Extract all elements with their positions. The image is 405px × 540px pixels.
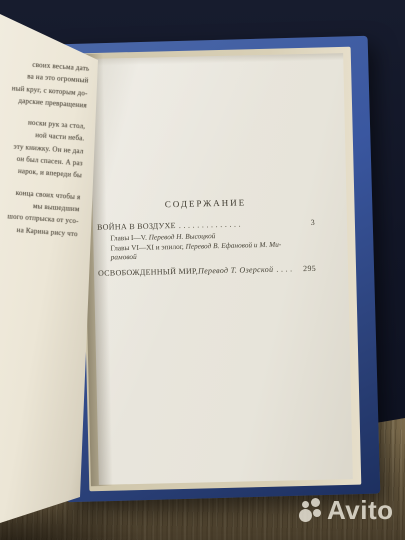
- leader-dots: . . . .: [273, 263, 303, 276]
- avito-logo-circle: [311, 498, 320, 507]
- toc-subentry-translator: Перевод В. Ефановой и М. Ми-: [185, 239, 281, 250]
- avito-watermark: Avito: [298, 496, 394, 524]
- left-page-text: своих весьма дать ва на это огромный ный…: [0, 56, 90, 240]
- page-number: 3: [311, 217, 316, 229]
- avito-logo-icon: [298, 496, 324, 524]
- toc-entry-translator: Перевод Т. Озерской: [198, 264, 274, 278]
- toc-subentry-chapters: Главы VI—XI и эпилог,: [110, 241, 185, 252]
- avito-logo-circle: [299, 509, 312, 522]
- page-number: 295: [303, 263, 316, 275]
- toc-title: СОДЕРЖАНИЕ: [96, 196, 314, 211]
- toc-entry-label: ОСВОБОЖДЕННЫЙ МИР,: [98, 265, 198, 279]
- toc-entry-world-set-free: ОСВОБОЖДЕННЫЙ МИР, Перевод Т. Озерской .…: [98, 263, 316, 280]
- right-page: СОДЕРЖАНИЕ ВОЙНА В ВОЗДУХЕ . . . . . . .…: [89, 53, 353, 485]
- photo-background: СОДЕРЖАНИЕ ВОЙНА В ВОЗДУХЕ . . . . . . .…: [0, 0, 405, 540]
- avito-brand-text: Avito: [327, 496, 394, 524]
- avito-logo-circle: [313, 509, 321, 517]
- toc-subentry-chapters: Главы I—V.: [110, 233, 149, 243]
- avito-logo-circle: [302, 501, 309, 508]
- table-of-contents: СОДЕРЖАНИЕ ВОЙНА В ВОЗДУХЕ . . . . . . .…: [96, 196, 316, 280]
